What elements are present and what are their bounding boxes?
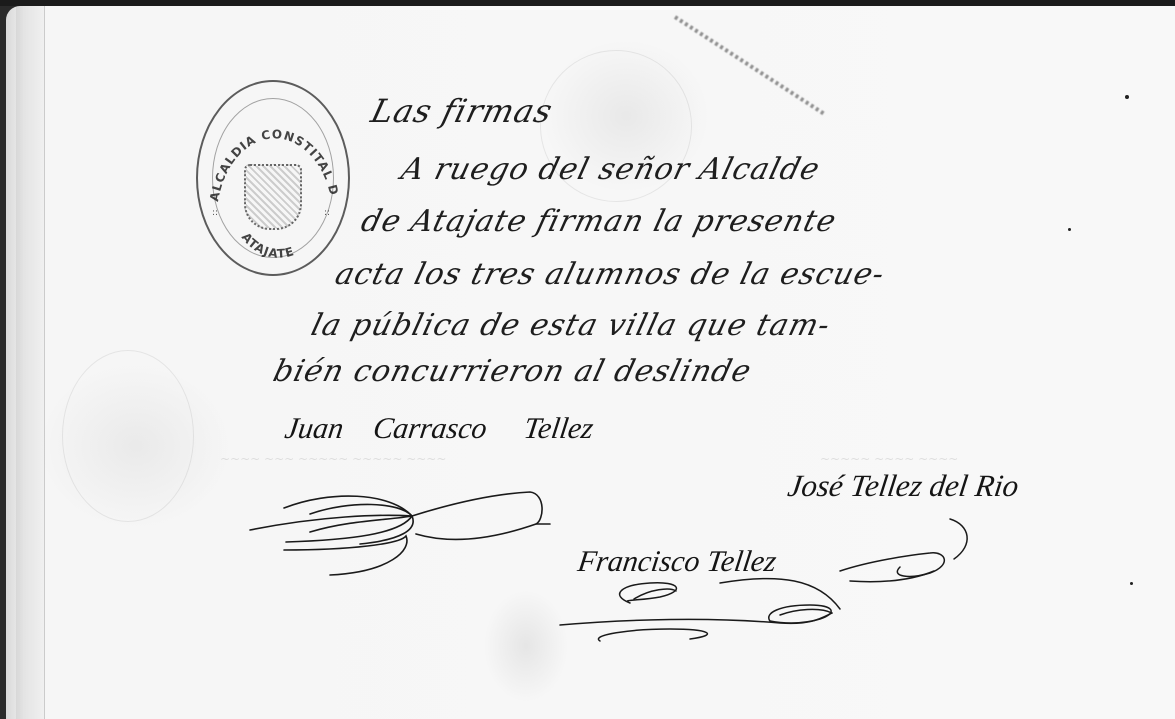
rubric-flourish-juan-carrasco xyxy=(240,480,560,580)
body-line-1: A ruego del señor Alcalde xyxy=(398,152,824,187)
body-line-3: acta los tres alumnos de la escue- xyxy=(332,257,889,292)
body-line-4: la pública de esta villa que tam- xyxy=(308,308,835,343)
ink-speck xyxy=(1068,228,1071,231)
signature-carrasco: Carrasco xyxy=(371,412,489,445)
ink-speck xyxy=(1125,95,1129,99)
svg-text:ATAJATE: ATAJATE xyxy=(239,230,296,261)
bleed-through-text: ~~~~~ ~~~~ ~~~~ xyxy=(820,452,958,466)
ink-speck xyxy=(1130,582,1133,585)
body-line-2: de Atajate firman la presente xyxy=(358,204,841,239)
seal-ornament-right: :: xyxy=(324,208,330,218)
municipal-seal: ALCALDIA CONSTITAL DE ATAJATE :: :: xyxy=(196,80,350,276)
rubric-flourish-francisco-tellez xyxy=(550,515,990,645)
signature-tellez: Tellez xyxy=(522,412,596,445)
signature-jose-tellez-del-rio: José Tellez del Rio xyxy=(785,468,1021,504)
bleed-through-text: ~~~~ ~~~ ~~~~~ ~~~~~ ~~~~ xyxy=(220,452,446,466)
signature-juan: Juan xyxy=(283,412,346,445)
signature-juan-carrasco: Juan Carrasco Tellez xyxy=(283,412,596,446)
heading-las-firmas: Las firmas xyxy=(367,92,557,130)
page-top-edge xyxy=(0,0,1175,6)
ghost-seal-impression xyxy=(62,350,194,522)
coat-of-arms-icon xyxy=(244,164,302,230)
seal-ornament-left: :: xyxy=(212,208,218,218)
body-line-5: bién concurrieron al deslinde xyxy=(270,354,756,389)
